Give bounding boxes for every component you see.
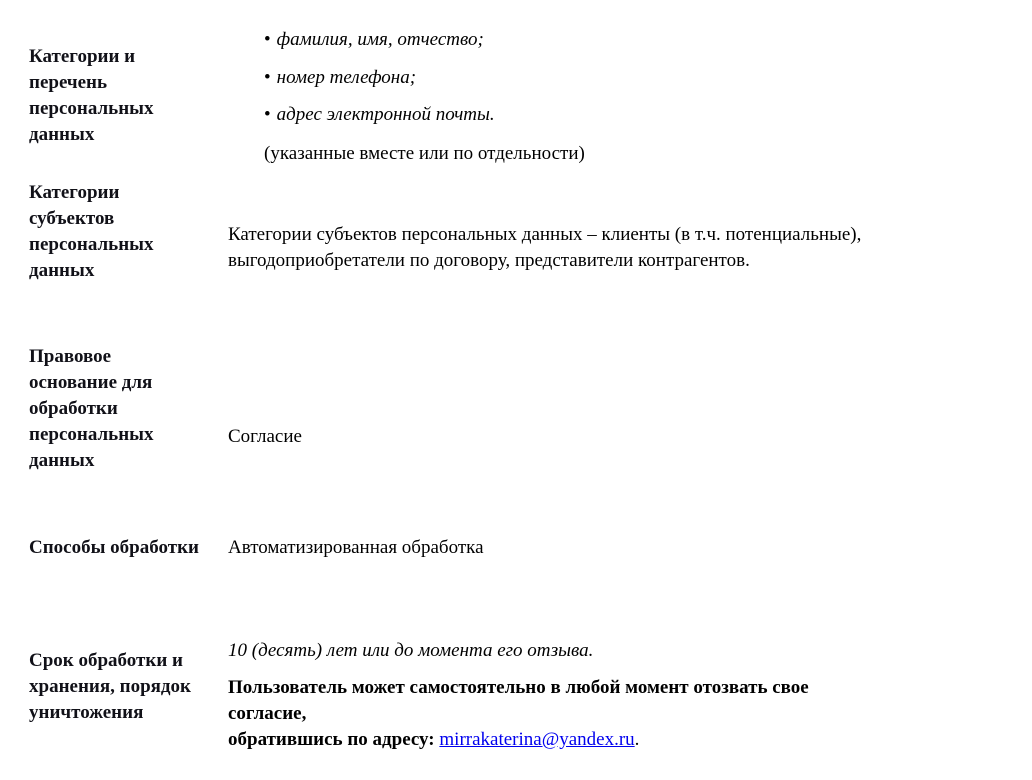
bullet-icon: • — [264, 67, 271, 88]
legal-basis-value: Согласие — [228, 424, 302, 450]
personal-data-list: •фамилия, имя, отчество; •номер телефона… — [264, 26, 495, 139]
row-label-legal-basis: Правовое основание для обработки персона… — [29, 344, 199, 474]
row-label-processing-methods: Способы обработки — [29, 535, 199, 561]
email-link[interactable]: mirrakaterina@yandex.ru — [439, 729, 634, 750]
withdraw-consent-text: Пользователь может самостоятельно в любо… — [228, 675, 809, 753]
bullet-icon: • — [264, 29, 271, 50]
list-item: •фамилия, имя, отчество; — [264, 26, 495, 64]
list-item: •адрес электронной почты. — [264, 101, 495, 139]
processing-methods-value: Автоматизированная обработка — [228, 535, 484, 561]
row-label-subject-categories: Категории субъектов персональных данных — [29, 180, 199, 284]
row-label-retention-period: Срок обработки и хранения, порядок уничт… — [29, 648, 224, 726]
retention-term-value: 10 (десять) лет или до момента его отзыв… — [228, 638, 593, 664]
bullet-icon: • — [264, 104, 271, 125]
data-note: (указанные вместе или по отдельности) — [264, 141, 585, 167]
subject-categories-value: Категории субъектов персональных данных … — [228, 222, 861, 274]
row-label-personal-data-categories: Категории и перечень персональных данных — [29, 44, 199, 148]
list-item: •номер телефона; — [264, 64, 495, 102]
